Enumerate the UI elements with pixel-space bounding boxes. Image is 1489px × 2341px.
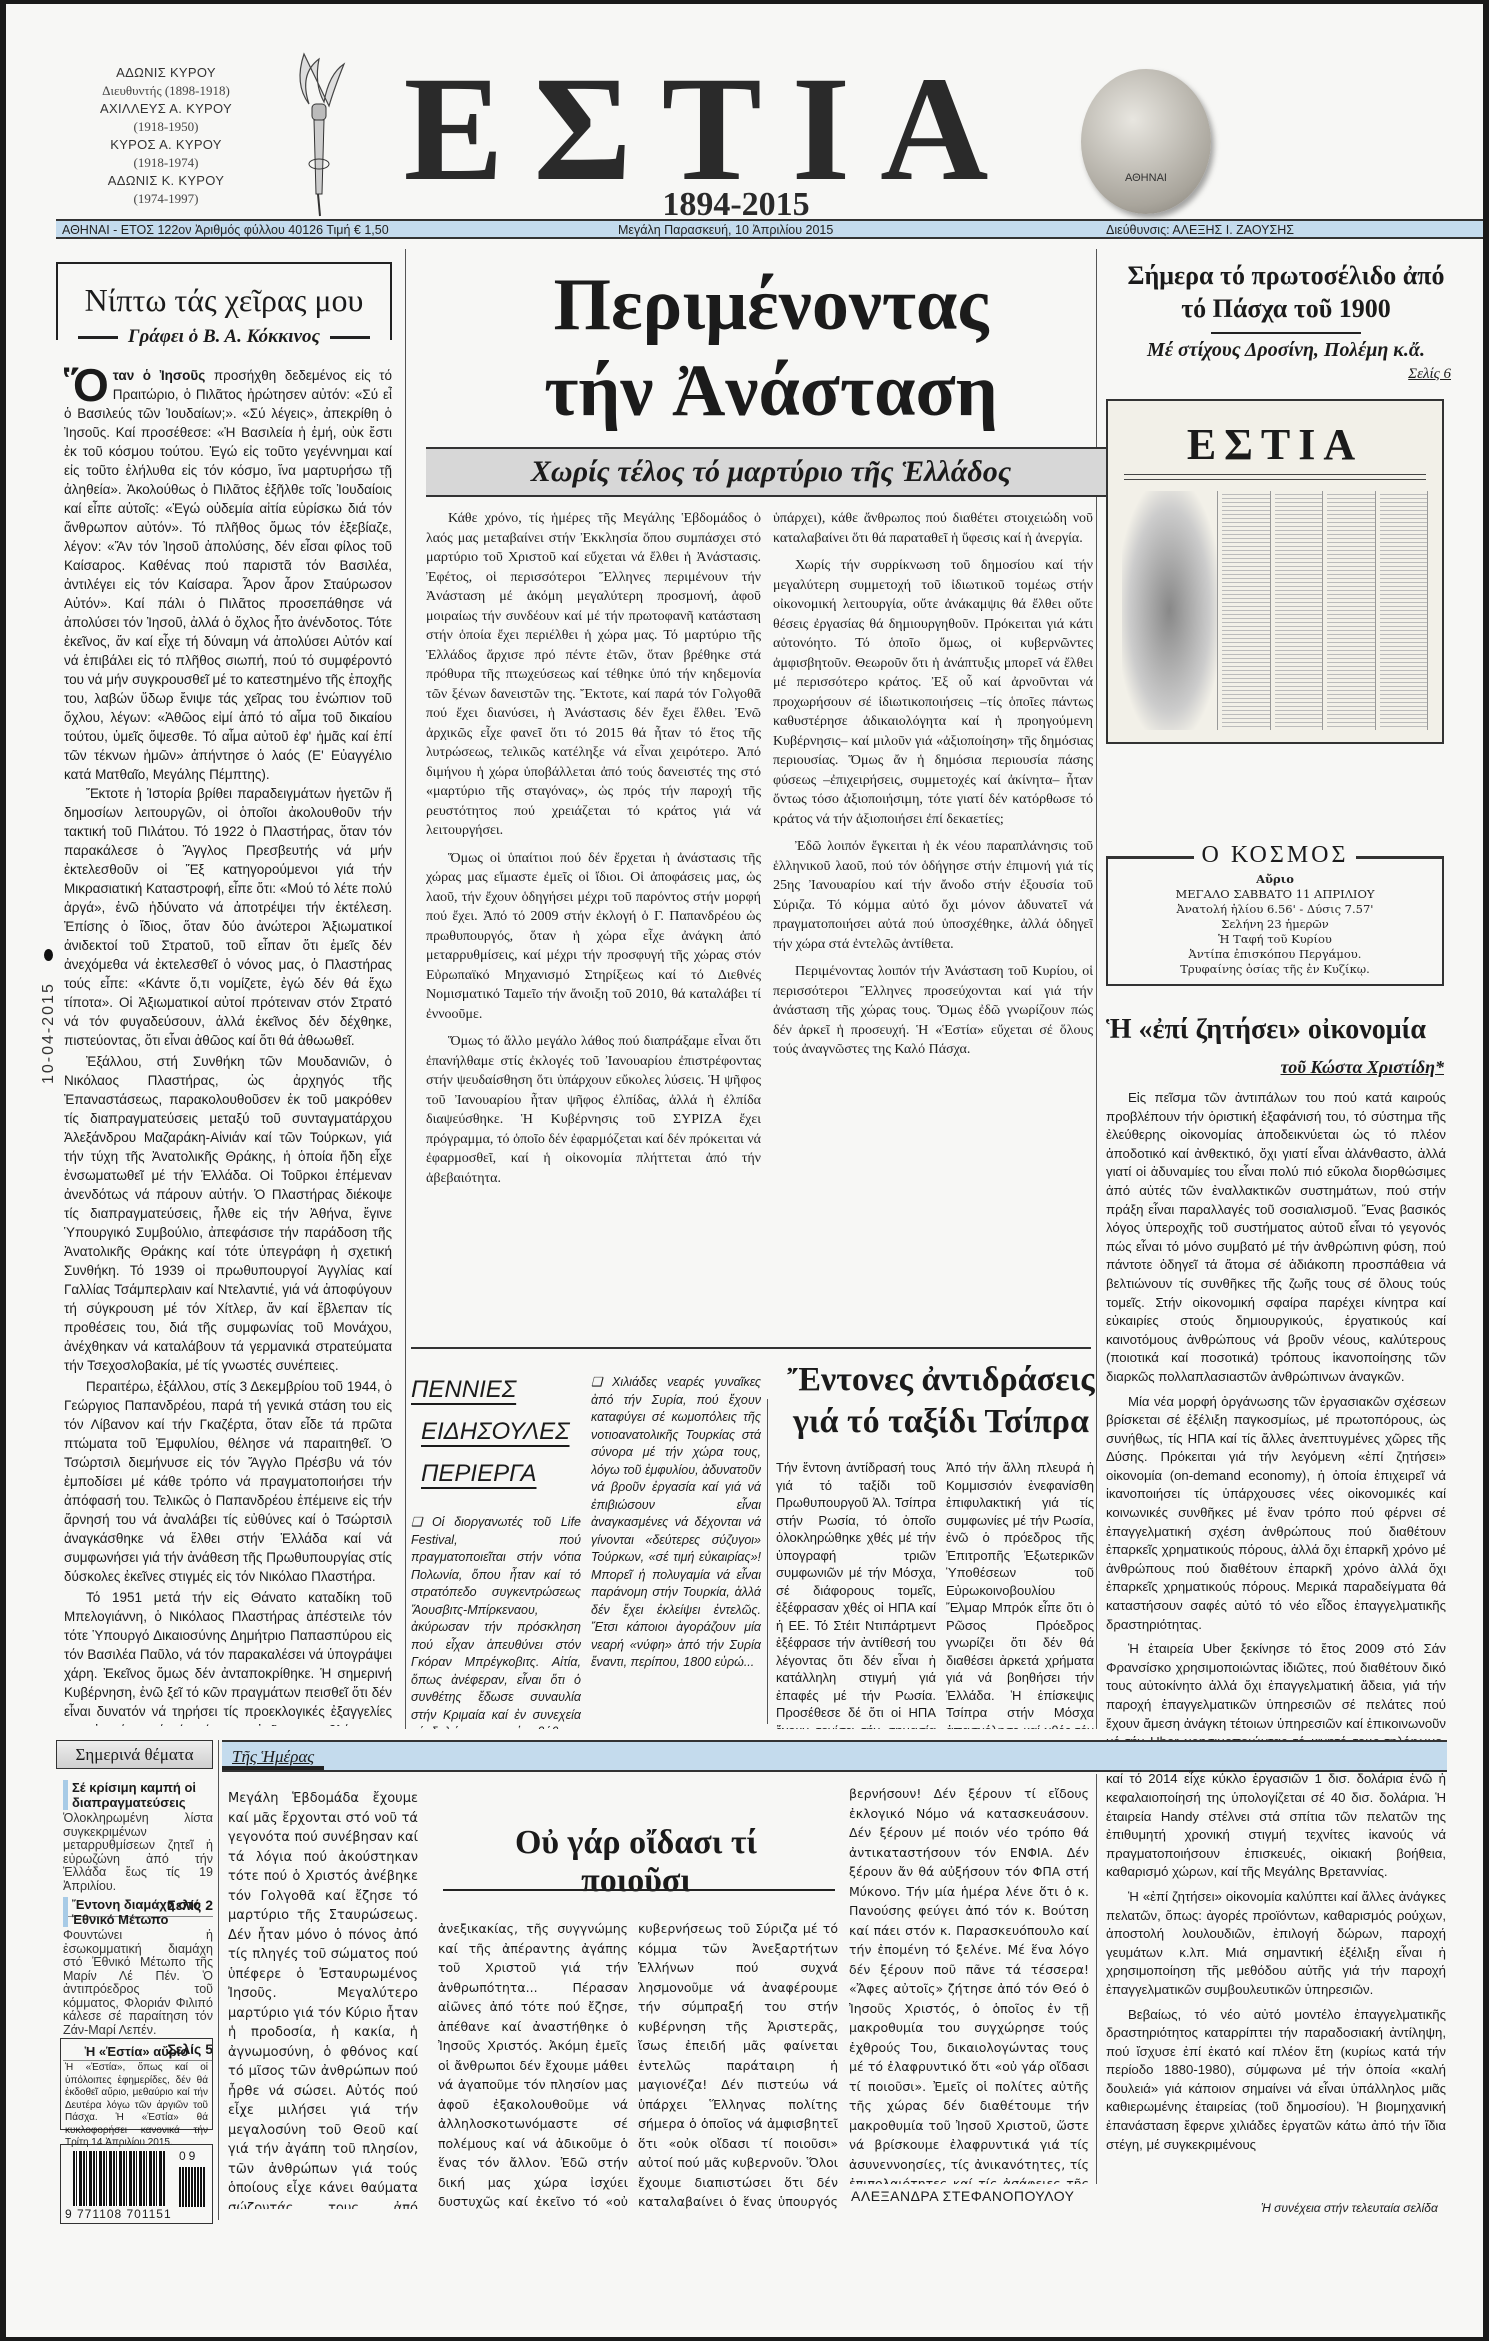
- left-article-byline: Γράφει ὁ Β. Α. Κόκκινος: [56, 326, 392, 348]
- main-headline: Περιμένοντας τήν Ἀνάσταση: [426, 262, 1116, 434]
- editorial-title-rule: [443, 1889, 835, 1891]
- kosmos-box: Αὔριο ΜΕΓΑΛΟ ΣΑΒΒΑΤΟ 11 ΑΠΡΙΛΙΟΥ Ἀνατολή…: [1106, 856, 1444, 986]
- paragraph: Ἐδῶ λοιπόν ἔγκειται ἡ ἐκ νέου παραπλάνησ…: [773, 837, 1093, 954]
- continued-note: Ἡ συνέχεια στήν τελευταία σελίδα: [1261, 2201, 1438, 2215]
- pennies-item-1: ❑ Οἱ διοργανωτές τοῦ Life Festival, πού …: [411, 1514, 581, 1729]
- paragraph: Κάθε χρόνο, τίς ἡμέρες τῆς Μεγάλης Ἑβδομ…: [426, 509, 761, 841]
- newspaper-page: ΑΔΩΝΙΣ ΚΥΡΟΥΔιευθυντής (1898-1918) ΑΧΙΛΛ…: [6, 4, 1483, 2337]
- tis-imeras-bar: Τῆς Ἡμέρας: [222, 1740, 1447, 1772]
- side-date: 10-04-2015: [40, 964, 60, 1084]
- editorial-intro: Μεγάλη Ἑβδομάδα ἔχουμε καί μᾶς ἔρχονται …: [228, 1789, 418, 2209]
- left-article-lead: Ὅταν ὁ Ἰησοῦς προσήχθη δεδεμένος εἰς τό …: [64, 366, 392, 784]
- today-topics-title: Σημερινά θέματα: [56, 1740, 213, 1769]
- column-divider: [1096, 1774, 1097, 2184]
- old-page-columns: [1122, 491, 1428, 730]
- estia-tomorrow-notice: Ἡ «Ἑστία» αὔριο Ἡ «Ἑστία», ὅπως καί οἱ ὑ…: [60, 2038, 213, 2130]
- economy-article-byline: τοῦ Κώστα Χριστίδη*: [1106, 1057, 1444, 1078]
- main-article-col1: Κάθε χρόνο, τίς ἡμέρες τῆς Μεγάλης Ἑβδομ…: [426, 509, 761, 1339]
- issue-date: Μεγάλη Παρασκευή, 10 Ἀπριλίου 2015: [618, 222, 833, 238]
- economy-article-body: Εἰς πεῖσμα τῶν ἀντιπάλων του πού κατά κα…: [1106, 1089, 1446, 2194]
- topic-item[interactable]: Ἔντονη διαμάχη στό Ἐθνικό Μέτωπο Φουντών…: [63, 1897, 213, 2061]
- main-article-col2: ὑπάρχει), κάθε ἄνθρωπος πού διαθέτει στο…: [773, 509, 1093, 1339]
- founder-4: ΑΔΩΝΙΣ Κ. ΚΥΡΟΥ(1974-1997): [66, 172, 266, 208]
- promo-divider: [1211, 332, 1361, 334]
- column-divider: [218, 1740, 219, 2220]
- issue-info-bar: ΑΘΗΝΑΙ - ΕΤΟΣ 122ον Ἀριθμός φύλλου 40126…: [56, 219, 1483, 239]
- masthead-logo: ΕΣΤΙΑ: [371, 59, 1051, 199]
- founder-1: ΑΔΩΝΙΣ ΚΥΡΟΥΔιευθυντής (1898-1918): [66, 64, 266, 100]
- editorial-signature: ΑΛΕΞΑΝΔΡΑ ΣΤΕΦΑΝΟΠΟΥΛΟΥ: [851, 2188, 1075, 2204]
- column-divider: [405, 249, 406, 1729]
- paragraph: ὑπάρχει), κάθε ἄνθρωπος πού διαθέτει στο…: [773, 509, 1093, 548]
- economy-article-title: Ἡ «ἐπί ζητήσει» οἰκονομία: [1106, 1014, 1451, 1046]
- tsipras-article-col1: Τήν ἔντονη ἀντίδρασή τους γιά τό ταξίδι …: [776, 1459, 936, 1729]
- old-page-rule: [1124, 479, 1426, 480]
- founder-3: ΚΥΡΟΣ Α. ΚΥΡΟΥ(1918-1974): [66, 136, 266, 172]
- old-page-column: [1327, 491, 1376, 730]
- issue-number: ΑΘΗΝΑΙ - ΕΤΟΣ 122ον Ἀριθμός φύλλου 40126…: [62, 222, 389, 238]
- main-subheadline: Χωρίς τέλος τό μαρτύριο τῆς Ἑλλάδος: [426, 447, 1116, 497]
- paragraph: Ὅμως τό ἄλλο μεγάλο λάθος πού διαπράξαμε…: [426, 1032, 761, 1188]
- old-front-page-image: ΕΣΤΙΑ: [1106, 399, 1444, 744]
- column-divider: [767, 1399, 768, 1724]
- barcode: 09 9 771108 701151: [60, 2144, 213, 2224]
- torch-pen-icon: [274, 44, 364, 224]
- old-page-column: [1222, 491, 1271, 730]
- founder-2: ΑΧΙΛΛΕΥΣ Α. ΚΥΡΟΥ(1918-1950): [66, 100, 266, 136]
- old-page-column: [1380, 491, 1429, 730]
- editorial-col3: βερνήσουν! Δέν ξέρουν τί εἴδους ἐκλογικό…: [849, 1784, 1089, 2184]
- founders-list: ΑΔΩΝΙΣ ΚΥΡΟΥΔιευθυντής (1898-1918) ΑΧΙΛΛ…: [66, 64, 266, 208]
- paragraph: Περιμένοντας λοιπόν τήν Ἀνάσταση τοῦ Κυρ…: [773, 962, 1093, 1060]
- section-divider: [411, 1347, 1091, 1349]
- editor: Διεύθυνσις: ΑΛΕΞΗΣ Ι. ΖΑΟΥΣΗΣ: [1106, 222, 1294, 238]
- paragraph: Μία νέα μορφή ὀργάνωσης τῶν ἐργασιακῶν σ…: [1106, 1393, 1446, 1635]
- barcode-bars: [73, 2151, 165, 2206]
- left-article-body: Ὅταν ὁ Ἰησοῦς προσήχθη δεδεμένος εἰς τό …: [64, 366, 392, 1726]
- paragraph: Ὅμως οἱ ὑπαίτιοι πού δέν ἔρχεται ἡ ἀνάστ…: [426, 849, 761, 1025]
- promo-page-link[interactable]: Σελίς 6: [1121, 366, 1451, 383]
- pennies-box-title: ΠΕΝΝΙΕΣ ΕΙΔΗΣΟΥΛΕΣ ΠΕΡΙΕΡΓΑ: [411, 1369, 541, 1495]
- barcode-addon-bars: [179, 2167, 205, 2207]
- paragraph: Βεβαίως, τό νέο αὐτό μοντέλο ἐπαγγελματι…: [1106, 2006, 1446, 2155]
- paragraph: Εἰς πεῖσμα τῶν ἀντιπάλων του πού κατά κα…: [1106, 1089, 1446, 1387]
- editorial-col1: ἀνεξικακίας, τῆς συγγνώμης καί τῆς ἀπέρα…: [438, 1919, 628, 2209]
- paragraph: Περαιτέρω, ἐξάλλου, στίς 3 Δεκεμβρίου το…: [64, 1377, 392, 1586]
- old-page-illustration: [1122, 491, 1218, 730]
- paragraph: Τό 1951 μετά τήν εἰς Θάνατο καταδίκη τοῦ…: [64, 1588, 392, 1726]
- paragraph: Ἔκτοτε ἡ Ἱστορία βρίθει παραδειγμάτων ἡγ…: [64, 784, 392, 1050]
- paragraph: Χωρίς τήν συρρίκνωση τοῦ δημοσίου καί τή…: [773, 556, 1093, 829]
- pennies-item-2: ❑ Χιλιάδες νεαρές γυναῖκες ἀπό τήν Συρία…: [591, 1374, 761, 1729]
- promo-subtitle: Μέ στίχους Δροσίνη, Πολέμη κ.ἄ.: [1121, 339, 1451, 362]
- tsipras-article-title: Ἔντονες ἀντιδράσεις γιά τό ταξίδι Τσίπρα: [776, 1359, 1106, 1443]
- promo-title: Σήμερα τό πρωτοσέλιδο ἀπό τό Πάσχα τοῦ 1…: [1121, 259, 1451, 325]
- bullet-dot-icon: [44, 949, 53, 961]
- paragraph: Ἡ «ἐπί ζητήσει» οἰκονομία καλύπτει καί ἄ…: [1106, 1888, 1446, 2000]
- tsipras-article-col2: Ἀπό τήν ἄλλη πλευρά ἡ Κομμισσιόν ἐνεφανί…: [946, 1459, 1094, 1729]
- paragraph: Ἐξάλλου, στή Συνθήκη τῶν Μουδανιῶν, ὁ Νι…: [64, 1052, 392, 1375]
- old-page-column: [1275, 491, 1324, 730]
- coin-emblem-icon: ΑΘΗΝΑΙ: [1081, 69, 1211, 214]
- editorial-col2: κυβερνήσεως τοῦ Σύριζα μέ τό κόμμα τῶν Ἀ…: [638, 1919, 838, 2209]
- old-page-rule: [1124, 474, 1426, 475]
